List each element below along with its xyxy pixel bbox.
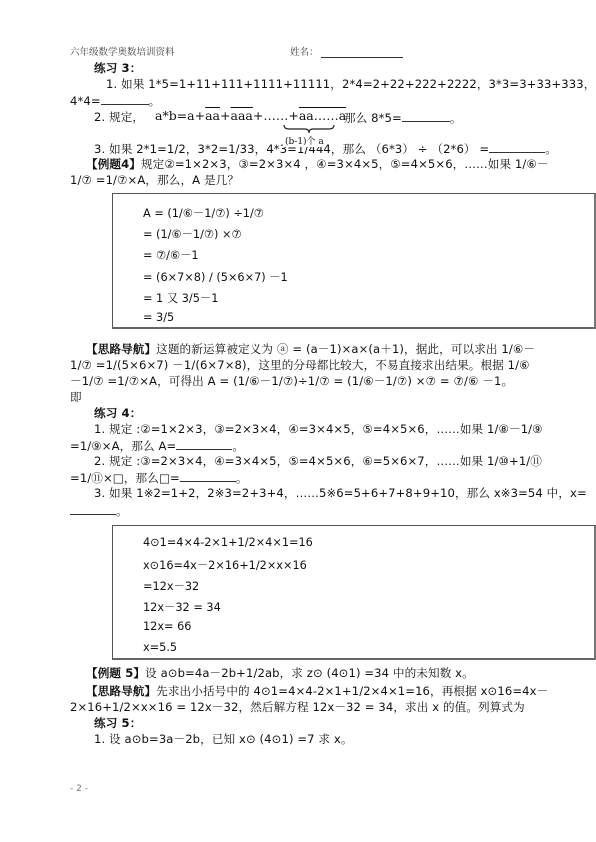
name-label: 姓名：: [290, 47, 319, 58]
practice4-q2-line2: =1/⑪×□，那么□=。: [70, 470, 248, 486]
practice3-q1-line1: 1. 如果 1*5=1+11+111+1111+11111，2*4=2+22+2…: [106, 77, 596, 92]
solution-line: = (1/⑥－1/⑦) ×⑦: [143, 226, 242, 242]
hint4-line1: 【思路导航】这题的新运算被定义为 ⓐ = (a－1)×a×(a＋1)，据此，可以…: [86, 342, 535, 357]
hint4-line2: 1/⑦ =1/(5×6×7) －1/(6×7×8)，这里的分母都比较大，不易直接…: [70, 358, 530, 373]
example5-label: 【例题 5】: [86, 666, 145, 680]
answer-blank: [176, 438, 232, 450]
solution-box-example5: 4⊙1=4×4-2×1+1/2×4×1=16 x⊙16=4x－2×16+1/2×…: [112, 525, 596, 660]
practice4-heading: 练习 4：: [94, 406, 141, 421]
hint5-label: 【思路导航】: [86, 684, 156, 698]
solution-line: x=5.5: [143, 641, 177, 654]
student-name-field: 姓名：: [290, 44, 403, 58]
hint4-label: 【思路导航】: [86, 342, 156, 356]
solution-line: =12x－32: [143, 578, 199, 594]
practice3-q2-then: 那么 8*5=。: [344, 110, 462, 126]
formula-last-term: aa……a: [299, 108, 346, 123]
answer-blank: [489, 141, 545, 153]
page-number: - 2 -: [70, 784, 88, 794]
practice4-q2-line1: 2. 规定 :③=2×3×4，④=3×4×5，⑤=4×5×6，⑥=5×6×7，……: [94, 454, 542, 469]
document-header-title: 六年级数学奥数培训资料: [70, 44, 175, 58]
practice3-q1-line2: 4*4=。: [70, 93, 160, 109]
practice4-q1-line1: 1. 规定 :②=1×2×3，③=2×3×4，④=3×4×5，⑤=4×5×6，……: [94, 422, 543, 437]
practice5-heading: 练习 5：: [94, 716, 141, 731]
practice4-q1-line2: =1/⑨×A，那么 A=。: [70, 438, 244, 454]
answer-blank: [101, 93, 149, 105]
name-blank: [321, 47, 403, 58]
solution-box-example4: A = (1/⑥－1/⑦) ÷1/⑦ = (1/⑥－1/⑦) ×⑦ = ⑦/⑥－…: [112, 193, 596, 329]
answer-blank: [70, 503, 116, 515]
answer-blank: [402, 110, 450, 122]
solution-line: 4⊙1=4×4-2×1+1/2×4×1=16: [143, 536, 313, 549]
practice3-q2-formula: a*b=a+aa+aaa+……+aa……a: [155, 108, 346, 123]
solution-line: 12x= 66: [143, 620, 192, 633]
solution-line: = ⑦/⑥－1: [143, 247, 199, 263]
underbrace-label: (b-1)个 a: [283, 134, 326, 147]
solution-line: = 3/5: [143, 311, 174, 324]
practice4-q3-line1: 3. 如果 1※2=1+2，2※3=2+3+4，……5※6=5+6+7+8+9+…: [94, 486, 587, 501]
solution-line: A = (1/⑥－1/⑦) ÷1/⑦: [143, 205, 264, 221]
solution-line: x⊙16=4x－2×16+1/2×x×16: [143, 557, 307, 573]
practice5-q1: 1. 设 a⊙b=3a－2b，已知 x⊙ (4⊙1) =7 求 x。: [94, 732, 353, 747]
hint5-line2: 2×16+1/2×x×16 = 12x－32，然后解方程 12x－32 = 34…: [70, 700, 525, 715]
practice3-heading: 练习 3：: [94, 61, 141, 76]
example4-line1: 【例题4】规定②=1×2×3，③=2×3×4 ，④=3×4×5，⑤=4×5×6，…: [86, 157, 549, 172]
answer-blank: [180, 470, 236, 482]
hint4-line4: 即: [70, 390, 82, 405]
solution-line: = (6×7×8) / (5×6×7) －1: [143, 269, 288, 285]
example4-label: 【例题4】: [86, 157, 141, 171]
example5: 【例题 5】设 a⊙b=4a－2b+1/2ab，求 z⊙ (4⊙1) =34 中…: [86, 666, 474, 681]
practice3-q2-prefix: 2. 规定，: [94, 110, 144, 125]
example4-line2: 1/⑦ =1/⑦×A，那么，A 是几？: [70, 173, 239, 188]
solution-line: 12x－32 = 34: [143, 599, 221, 615]
solution-line: = 1 又 3/5－1: [143, 290, 218, 306]
hint4-line3: －1/⑦ =1/⑦×A，可得出 A = (1/⑥－1/⑦)÷1/⑦ = (1/⑥…: [70, 374, 513, 389]
underbrace-icon: [283, 124, 335, 134]
practice4-q3-line2: 。: [70, 503, 128, 519]
hint5-line1: 【思路导航】先求出小括号中的 4⊙1=4×4-2×1+1/2×4×1=16，再根…: [86, 684, 548, 699]
